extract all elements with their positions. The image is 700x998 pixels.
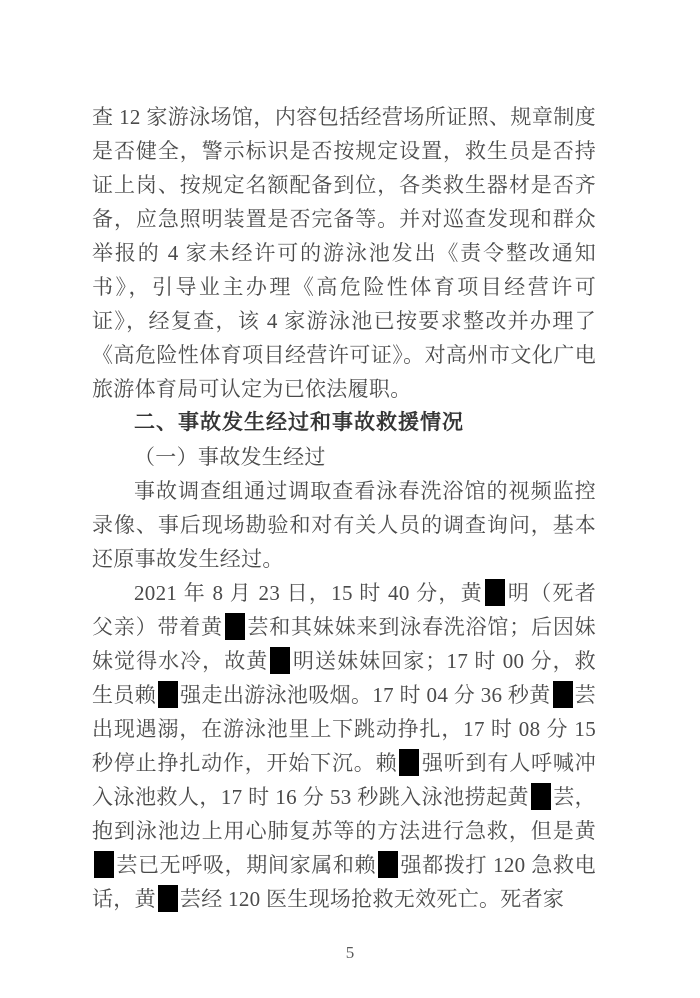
redaction-block — [158, 885, 178, 912]
heading-section-2: 二、事故发生经过和事故救援情况 — [92, 406, 596, 440]
redaction-block — [531, 783, 551, 810]
redaction-block — [270, 647, 290, 674]
page-number: 5 — [0, 943, 700, 963]
paragraph-inspection-continuation: 查 12 家游泳场馆，内容包括经营场所证照、规章制度是否健全，警示标识是否按规定… — [92, 100, 596, 406]
document-page: 查 12 家游泳场馆，内容包括经营场所证照、规章制度是否健全，警示标识是否按规定… — [0, 0, 700, 998]
redaction-block — [485, 579, 505, 606]
heading-subsection-2-1: （一）事故发生经过 — [92, 440, 596, 474]
redaction-block — [225, 613, 245, 640]
paragraph-incident-timeline: 2021 年 8 月 23 日，15 时 40 分，黄明（死者父亲）带着黄芸和其… — [92, 576, 596, 916]
redaction-block — [553, 681, 573, 708]
redaction-block — [399, 749, 419, 776]
redaction-block — [158, 681, 178, 708]
redaction-block — [94, 851, 114, 878]
paragraph-investigation-method: 事故调查组通过调取查看泳春洗浴馆的视频监控录像、事后现场勘验和对有关人员的调查询… — [92, 474, 596, 576]
redaction-block — [378, 851, 398, 878]
document-body: 查 12 家游泳场馆，内容包括经营场所证照、规章制度是否健全，警示标识是否按规定… — [92, 100, 596, 916]
